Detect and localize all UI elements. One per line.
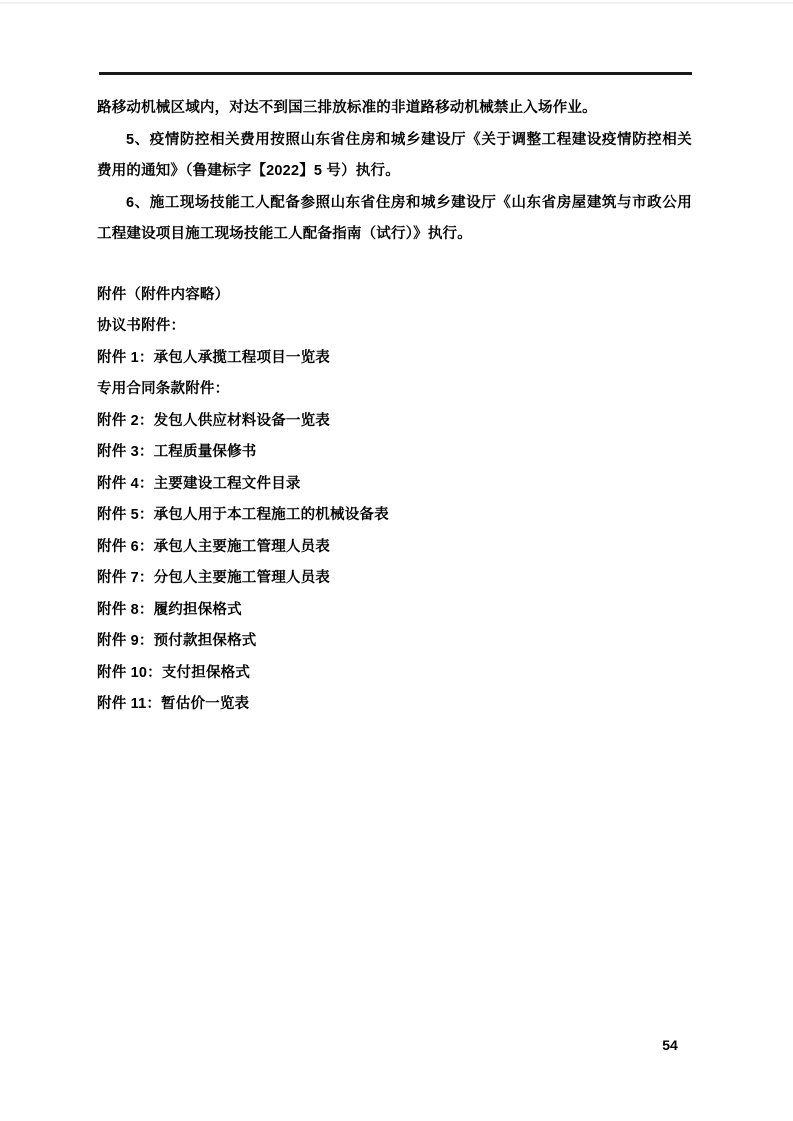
attachment-section-label: 协议书附件： — [97, 311, 692, 343]
attachment-line-3: 附件 3：工程质量保修书 — [97, 437, 692, 469]
attachment-line-5: 附件 5：承包人用于本工程施工的机械设备表 — [97, 500, 692, 532]
paragraph-continuation: 路移动机械区域内，对达不到国三排放标准的非道路移动机械禁止入场作业。 — [97, 93, 692, 125]
paragraph-item-6: 6、施工现场技能工人配备参照山东省住房和城乡建设厅《山东省房屋建筑与市政公用工程… — [97, 188, 692, 251]
attachment-line-7: 附件 7：分包人主要施工管理人员表 — [97, 563, 692, 595]
attachment-line-4: 附件 4：主要建设工程文件目录 — [97, 469, 692, 501]
attachment-line-11: 附件 11：暂估价一览表 — [97, 689, 692, 721]
document-page: 路移动机械区域内，对达不到国三排放标准的非道路移动机械禁止入场作业。 5、疫情防… — [0, 0, 793, 1121]
attachment-section-label: 专用合同条款附件： — [97, 374, 692, 406]
page-number: 54 — [648, 1036, 692, 1054]
document-body: 路移动机械区域内，对达不到国三排放标准的非道路移动机械禁止入场作业。 5、疫情防… — [97, 93, 692, 721]
attachment-line-8: 附件 8：履约担保格式 — [97, 595, 692, 627]
attachments-heading: 附件（附件内容略） — [97, 280, 692, 312]
header-divider-line — [99, 72, 692, 75]
attachment-line-9: 附件 9：预付款担保格式 — [97, 626, 692, 658]
attachment-line-6: 附件 6：承包人主要施工管理人员表 — [97, 532, 692, 564]
attachment-line-2: 附件 2：发包人供应材料设备一览表 — [97, 406, 692, 438]
paragraph-item-5: 5、疫情防控相关费用按照山东省住房和城乡建设厅《关于调整工程建设疫情防控相关费用… — [97, 125, 692, 188]
page-top-edge — [0, 2, 793, 4]
attachment-line-10: 附件 10：支付担保格式 — [97, 658, 692, 690]
attachment-line-1: 附件 1：承包人承揽工程项目一览表 — [97, 343, 692, 375]
